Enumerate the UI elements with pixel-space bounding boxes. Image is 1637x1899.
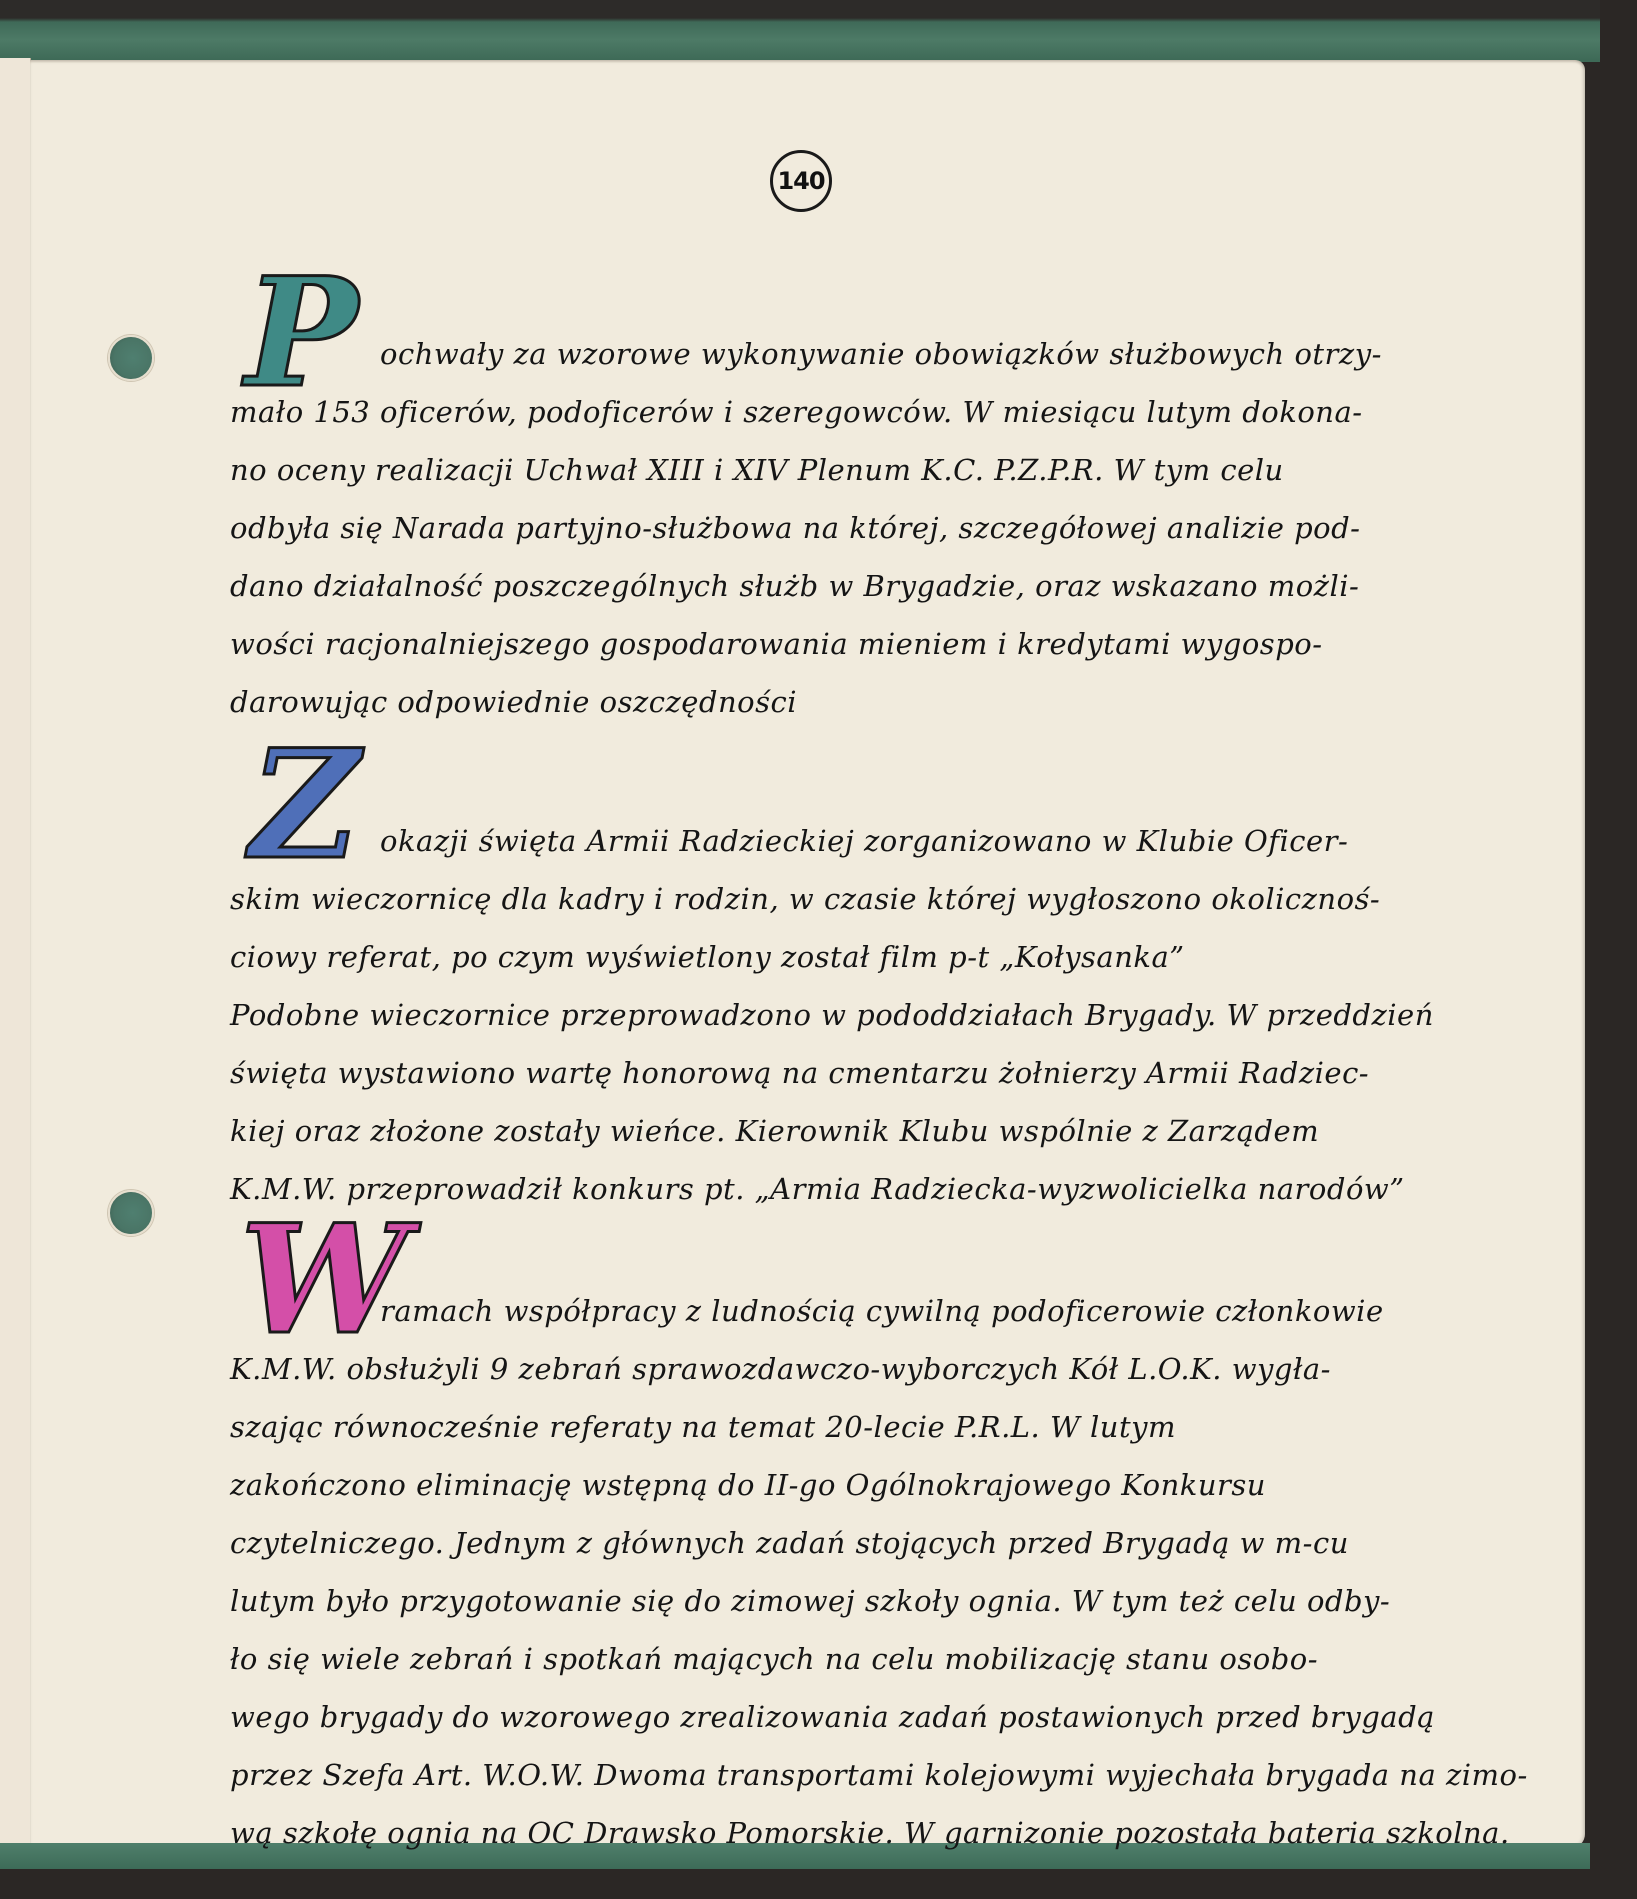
text-line: K.M.W. przeprowadził konkurs pt. „Armia … xyxy=(230,1160,1460,1218)
paragraph-3: ramach współpracy z ludnością cywilną po… xyxy=(230,1282,1460,1862)
text-line: darowując odpowiednie oszczędności xyxy=(230,673,1460,731)
text-line: wego brygady do wzorowego zrealizowania … xyxy=(230,1688,1460,1746)
text-line: ciowy referat, po czym wyświetlony zosta… xyxy=(230,928,1460,986)
paragraph-2: okazji święta Armii Radzieckiej zorganiz… xyxy=(230,812,1460,1218)
binder-hole-icon xyxy=(108,1190,154,1236)
text-line: czytelniczego. Jednym z głównych zadań s… xyxy=(230,1514,1460,1572)
binder-hole-icon xyxy=(108,335,154,381)
paragraph-1: ochwały za wzorowe wykonywanie obowiązkó… xyxy=(230,325,1460,731)
left-page-edge xyxy=(0,58,31,1848)
text-line: okazji święta Armii Radzieckiej zorganiz… xyxy=(230,812,1460,870)
page-number: 140 xyxy=(770,150,832,212)
text-line: Podobne wieczornice przeprowadzono w pod… xyxy=(230,986,1460,1044)
text-line: lutym było przygotowanie się do zimowej … xyxy=(230,1572,1460,1630)
text-line: wości racjonalniejszego gospodarowania m… xyxy=(230,615,1460,673)
text-line: wą szkołę ognia na OC Drawsko Pomorskie.… xyxy=(230,1804,1460,1862)
text-line: kiej oraz złożone zostały wieńce. Kierow… xyxy=(230,1102,1460,1160)
text-line: dano działalność poszczególnych służb w … xyxy=(230,557,1460,615)
text-line: zakończono eliminację wstępną do II-go O… xyxy=(230,1456,1460,1514)
text-line: przez Szefa Art. W.O.W. Dwoma transporta… xyxy=(230,1746,1460,1804)
text-line: ło się wiele zebrań i spotkań mających n… xyxy=(230,1630,1460,1688)
text-line: skim wieczornicę dla kadry i rodzin, w c… xyxy=(230,870,1460,928)
text-line: ochwały za wzorowe wykonywanie obowiązkó… xyxy=(230,325,1460,383)
text-line: święta wystawiono wartę honorową na cmen… xyxy=(230,1044,1460,1102)
text-line: mało 153 oficerów, podoficerów i szerego… xyxy=(230,383,1460,441)
text-line: K.M.W. obsłużyli 9 zebrań sprawozdawczo-… xyxy=(230,1340,1460,1398)
text-line: ramach współpracy z ludnością cywilną po… xyxy=(230,1282,1460,1340)
binder-cover-top-edge xyxy=(0,0,1600,62)
text-line: no oceny realizacji Uchwał XIII i XIV Pl… xyxy=(230,441,1460,499)
text-line: odbyła się Narada partyjno-służbowa na k… xyxy=(230,499,1460,557)
text-line: szając równocześnie referaty na temat 20… xyxy=(230,1398,1460,1456)
